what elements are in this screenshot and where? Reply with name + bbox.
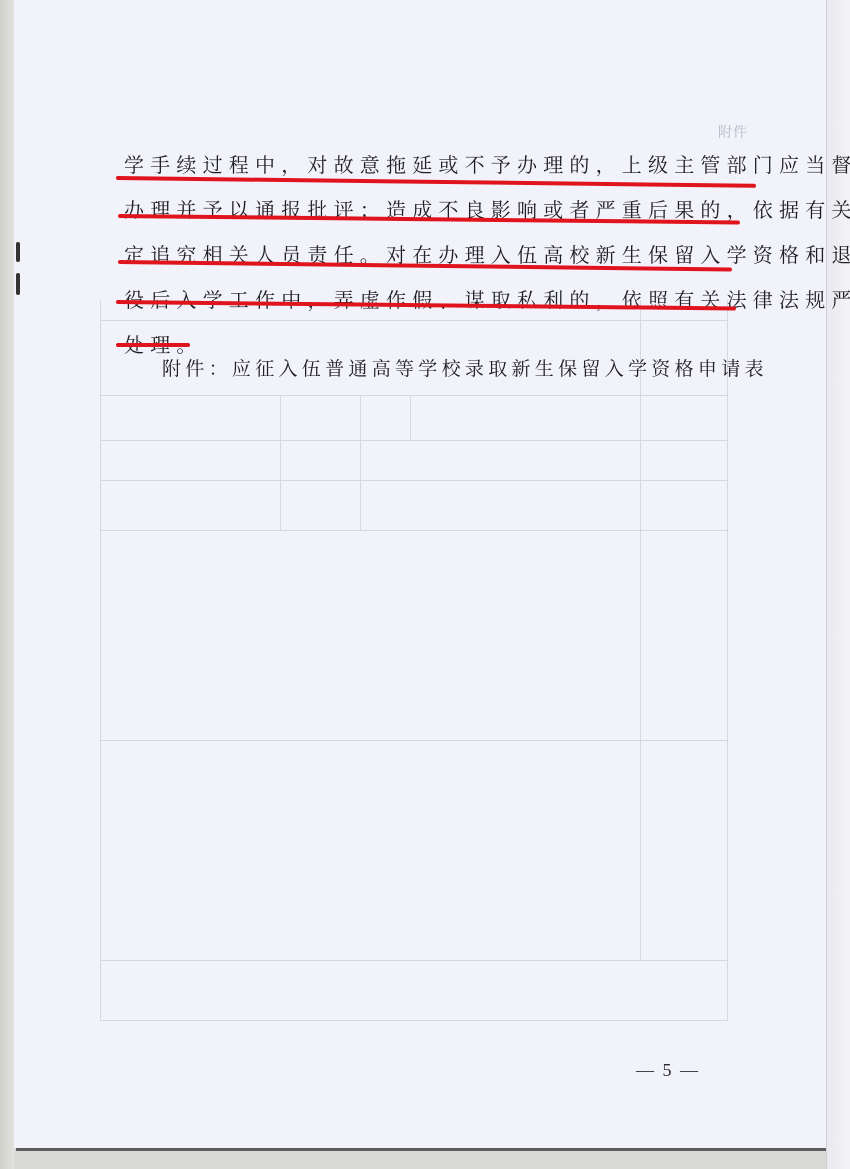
attachment-reference: 附件：应征入伍普通高等学校录取新生保留入学资格申请表 bbox=[162, 354, 768, 381]
paragraph-line: 役后入学工作中，弄虚作假、谋取私利的，依照有关法律法规严肃 bbox=[124, 285, 850, 315]
red-underline-annotation bbox=[116, 343, 190, 347]
bleed-through-label: 附件 bbox=[718, 122, 748, 142]
bleed-through-table bbox=[100, 300, 728, 1020]
binding-hole-mark bbox=[16, 273, 20, 295]
page-number: — 5 — bbox=[636, 1060, 700, 1081]
paragraph-line: 学手续过程中，对故意拖延或不予办理的，上级主管部门应当督促 bbox=[124, 150, 850, 180]
binding-hole-mark bbox=[16, 242, 20, 262]
scanner-background bbox=[0, 0, 14, 1169]
